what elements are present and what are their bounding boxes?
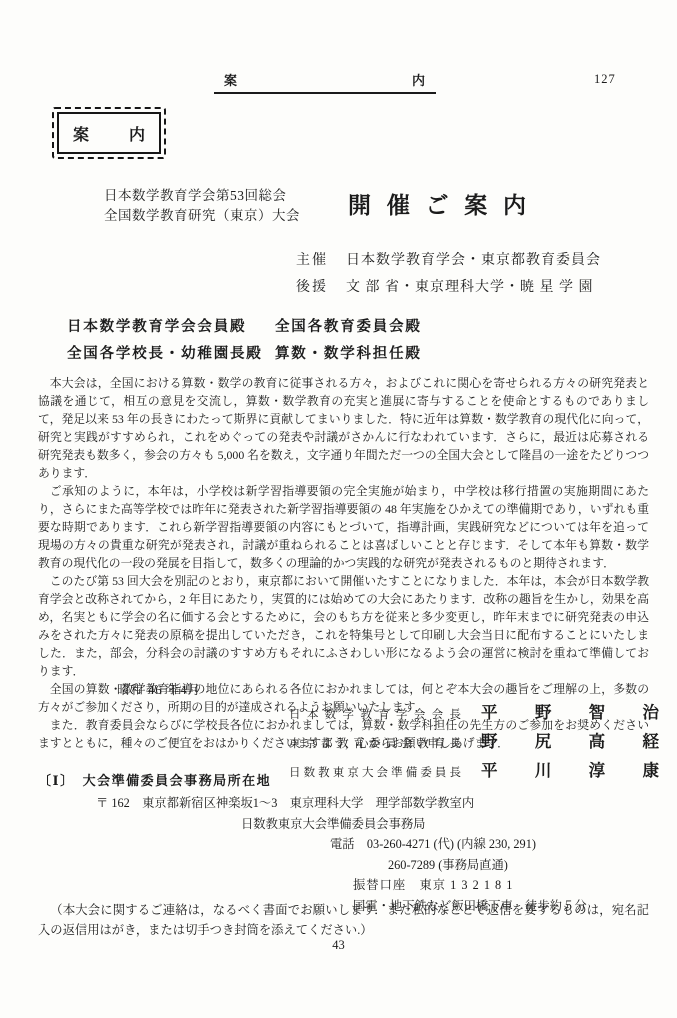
sponsorship-block: 主催 日本数学教育学会・東京都教育委員会 後援 文 部 省・東京理科大学・暁 星… bbox=[296, 247, 601, 301]
sponsor-role: 後援 bbox=[296, 274, 328, 301]
office-postal-account-line: 振替口座 東京 1 3 2 1 8 1 bbox=[353, 875, 649, 896]
title-sub-line2: 全国数学教育研究（東京）大会 bbox=[104, 206, 300, 226]
contact-note: （本大会に関するご連絡は，なるべく書面でお願いします．また私的なことで返信を要す… bbox=[38, 900, 649, 940]
sponsor-names: 文 部 省・東京理科大学・暁 星 学 園 bbox=[346, 274, 594, 301]
addressee-item: 全国各教育委員会殿 bbox=[275, 314, 422, 341]
sponsor-row-koen: 後援 文 部 省・東京理科大学・暁 星 学 園 bbox=[296, 274, 601, 301]
header-page-number: 127 bbox=[594, 72, 616, 87]
page-title: 開 催 ご 案 内 bbox=[348, 187, 531, 220]
annai-stamp-box: 案 内 bbox=[52, 107, 166, 159]
office-phone-line: 電話 03-260-4271 (代) (内線 230, 291) bbox=[330, 834, 649, 855]
body-paragraph: 本大会は，全国における算数・数学の教育に従事される方々，およびこれに関心を寄せら… bbox=[38, 374, 649, 482]
addressee-item: 全国各学校長・幼稚園長殿 bbox=[67, 341, 275, 368]
signature-row: 東京都教育委員会教育長 野 尻 高 経 bbox=[289, 728, 659, 752]
addressee-block: 日本数学教育学会会員殿 全国各教育委員会殿 全国各学校長・幼稚園長殿 算数・数学… bbox=[67, 314, 422, 367]
office-phone-line: 260-7289 (事務局直通) bbox=[388, 855, 649, 876]
sponsor-row-shusai: 主催 日本数学教育学会・東京都教育委員会 bbox=[296, 247, 601, 274]
addressee-item: 算数・数学科担任殿 bbox=[275, 341, 422, 368]
signature-row: 日本数学教育学会会長 平 野 智 治 bbox=[289, 699, 659, 723]
signatory-name: 平 野 智 治 bbox=[481, 699, 659, 723]
sponsor-names: 日本数学教育学会・東京都教育委員会 bbox=[346, 247, 601, 274]
running-header: 案 内 bbox=[214, 70, 436, 94]
annai-stamp-label: 案 内 bbox=[57, 112, 161, 154]
body-paragraph: ご承知のように，本年は，小学校は新学習指導要領の完全実施が始まり，中学校は移行措… bbox=[38, 482, 649, 572]
running-header-right: 内 bbox=[412, 70, 426, 89]
body-paragraph: このたび第 53 回大会を別記のとおり，東京都において開催いたすことになりました… bbox=[38, 572, 649, 680]
office-section-heading: 〔Ⅰ〕 大会準備委員会事務局所在地 bbox=[38, 770, 649, 789]
signatory-title: 東京都教育委員会教育長 bbox=[289, 735, 461, 751]
sponsor-role: 主催 bbox=[296, 247, 328, 274]
addressee-item: 日本数学教育学会会員殿 bbox=[67, 314, 275, 341]
running-header-left: 案 bbox=[224, 70, 238, 89]
date-line: 昭和 46 年4月 bbox=[117, 680, 201, 698]
signatory-name: 野 尻 高 経 bbox=[481, 728, 659, 752]
title-subheading: 日本数学教育学会第53回総会 全国数学教育研究（東京）大会 bbox=[104, 186, 300, 225]
scanned-document-page: 案 内 127 案 内 日本数学教育学会第53回総会 全国数学教育研究（東京）大… bbox=[0, 0, 677, 1018]
office-address-line: 〒 162 東京都新宿区神楽坂1～3 東京理科大学 理学部数学教室内 bbox=[96, 793, 649, 814]
footer-page-number: 43 bbox=[0, 938, 677, 953]
title-sub-line1: 日本数学教育学会第53回総会 bbox=[104, 186, 300, 206]
signatory-title: 日本数学教育学会会長 bbox=[289, 706, 461, 722]
office-address-line: 日数教東京大会準備委員会事務局 bbox=[241, 814, 649, 835]
office-section: 〔Ⅰ〕 大会準備委員会事務局所在地 〒 162 東京都新宿区神楽坂1～3 東京理… bbox=[38, 770, 649, 916]
